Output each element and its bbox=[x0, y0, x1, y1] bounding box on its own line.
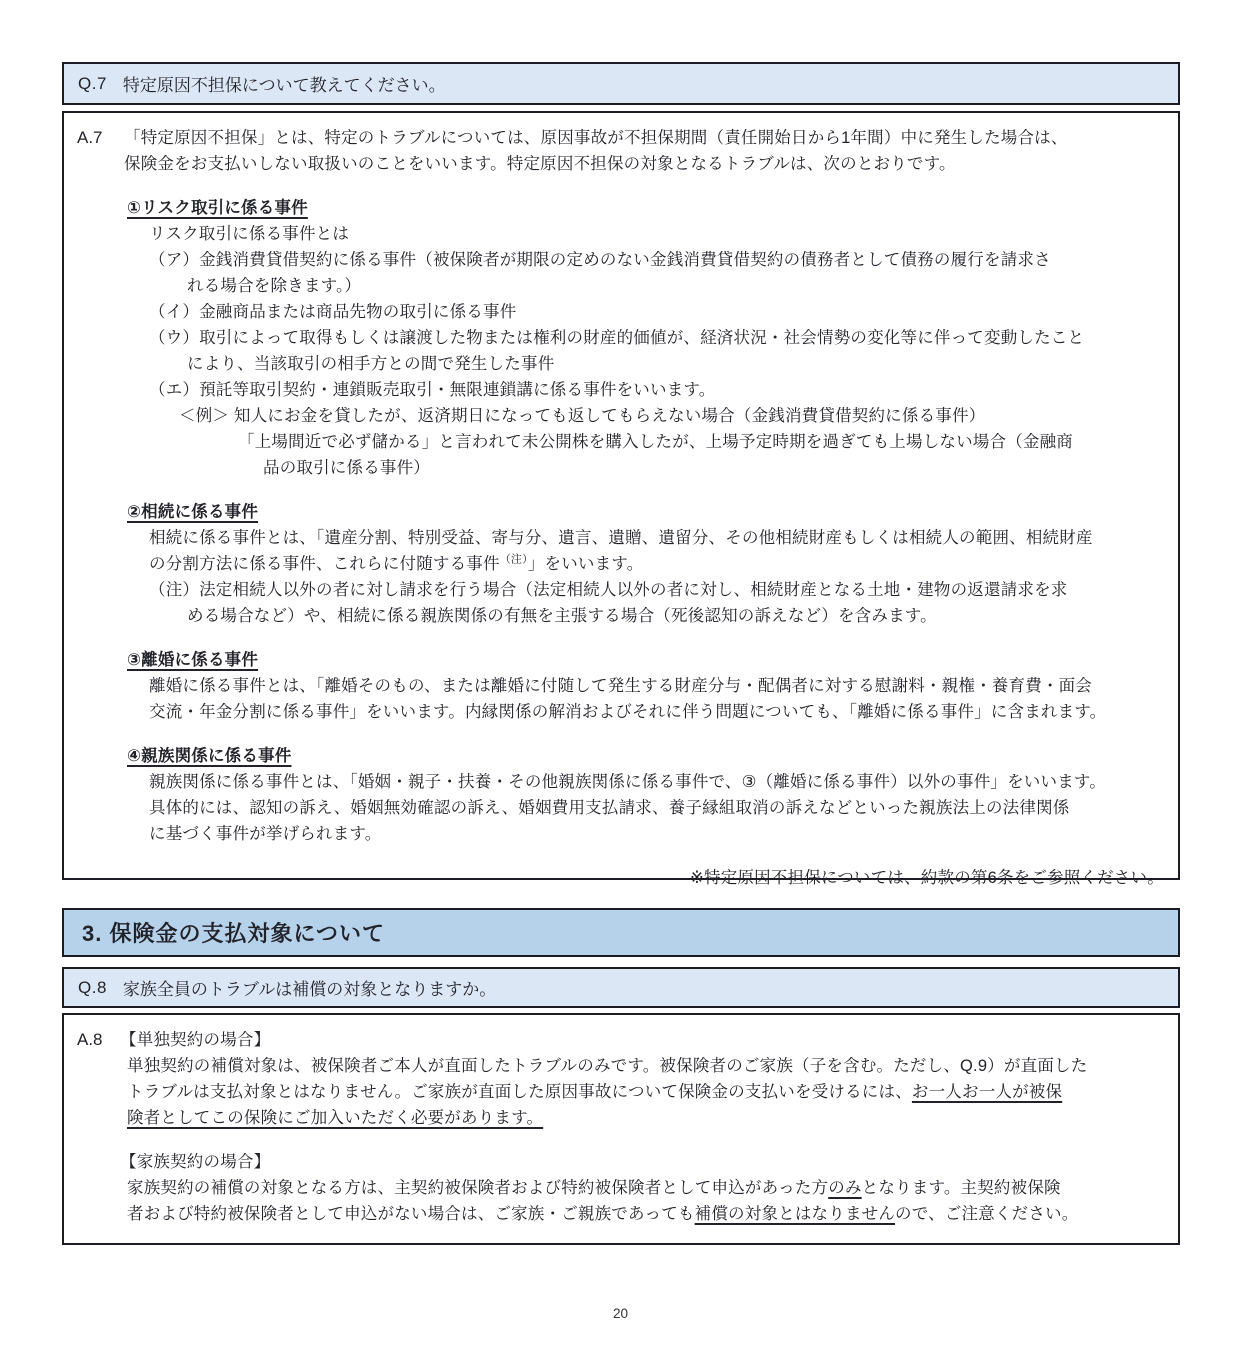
text-line: の分割方法に係る事件、これらに付随する事件（注）」をいいます。 bbox=[124, 551, 1164, 577]
example-line: 品の取引に係る事件） bbox=[124, 455, 1164, 481]
text-line: （エ）預託等取引契約・連鎖販売取引・無限連鎖講に係る事件をいいます。 bbox=[124, 377, 1164, 403]
text-line: （イ）金融商品または商品先物の取引に係る事件 bbox=[124, 299, 1164, 325]
text-line: トラブルは支払対象とはなりません。ご家族が直面した原因事故について保険金の支払い… bbox=[120, 1079, 1164, 1105]
a8-answer-box: A.8 【単独契約の場合】 単独契約の補償対象は、被保険者ご本人が直面したトラブ… bbox=[62, 1013, 1180, 1245]
example-line: 「上場間近で必ず儲かる」と言われて未公開株を購入したが、上場予定時期を過ぎても上… bbox=[124, 429, 1164, 455]
a8-content: 【単独契約の場合】 単独契約の補償対象は、被保険者ご本人が直面したトラブルのみで… bbox=[120, 1027, 1164, 1227]
text-line: （ウ）取引によって取得もしくは譲渡した物または権利の財産的価値が、経済状況・社会… bbox=[124, 325, 1164, 351]
text-line: （ア）金銭消費貸借契約に係る事件（被保険者が期限の定めのない金銭消費貸借契約の債… bbox=[124, 247, 1164, 273]
page-number: 20 bbox=[0, 1306, 1241, 1321]
text-line: 相続に係る事件とは、「遺産分割、特別受益、寄与分、遺言、遺贈、遺留分、その他相続… bbox=[124, 525, 1164, 551]
q8-question-bar: Q.8 家族全員のトラブルは補償の対象となりますか。 bbox=[62, 967, 1180, 1008]
text-line: 者および特約被保険者として申込がない場合は、ご家族・ご親族であっても補償の対象と… bbox=[120, 1201, 1164, 1227]
text-line: 「特定原因不担保」とは、特定のトラブルについては、原因事故が不担保期間（責任開始… bbox=[124, 125, 1164, 151]
example-line: ＜例＞ 知人にお金を貸したが、返済期日になっても返してもらえない場合（金銭消費貸… bbox=[124, 403, 1164, 429]
inheritance-section-heading: ②相続に係る事件 bbox=[124, 499, 1164, 525]
risk-section-heading: ①リスク取引に係る事件 bbox=[124, 195, 1164, 221]
q8-text: 家族全員のトラブルは補償の対象となりますか。 bbox=[123, 975, 496, 1000]
family-contract-heading: 【家族契約の場合】 bbox=[120, 1149, 1164, 1175]
q7-question-bar: Q.7 特定原因不担保について教えてください。 bbox=[62, 62, 1180, 105]
q7-label: Q.7 bbox=[78, 74, 107, 94]
text-line: 険者としてこの保険にご加入いただく必要があります。 bbox=[120, 1105, 1164, 1131]
text-line: れる場合を除きます。） bbox=[124, 273, 1164, 299]
a7-answer-box: A.7 「特定原因不担保」とは、特定のトラブルについては、原因事故が不担保期間（… bbox=[62, 111, 1180, 880]
text-line: 家族契約の補償の対象となる方は、主契約被保険者および特約被保険者として申込があっ… bbox=[120, 1175, 1164, 1201]
section3-header-bar: 3. 保険金の支払対象について bbox=[62, 908, 1180, 957]
note-line: める場合など）や、相続に係る親族関係の有無を主張する場合（死後認知の訴えなど）を… bbox=[124, 603, 1164, 629]
text-line: 具体的には、認知の訴え、婚姻無効確認の訴え、婚姻費用支払請求、養子縁組取消の訴え… bbox=[124, 795, 1164, 821]
a8-label: A.8 bbox=[77, 1027, 103, 1053]
single-contract-heading: 【単独契約の場合】 bbox=[120, 1027, 1164, 1053]
divorce-section-heading: ③離婚に係る事件 bbox=[124, 647, 1164, 673]
family-relation-section-heading: ④親族関係に係る事件 bbox=[124, 743, 1164, 769]
section3-title: 3. 保険金の支払対象について bbox=[82, 917, 385, 948]
q8-label: Q.8 bbox=[78, 978, 107, 998]
text-line: 単独契約の補償対象は、被保険者ご本人が直面したトラブルのみです。被保険者のご家族… bbox=[120, 1053, 1164, 1079]
a7-label: A.7 bbox=[77, 125, 103, 151]
q7-text: 特定原因不担保について教えてください。 bbox=[123, 71, 446, 96]
a7-content: 「特定原因不担保」とは、特定のトラブルについては、原因事故が不担保期間（責任開始… bbox=[124, 125, 1164, 891]
text-line: 交流・年金分割に係る事件」をいいます。内縁関係の解消およびそれに伴う問題について… bbox=[124, 699, 1164, 725]
text-line: に基づく事件が挙げられます。 bbox=[124, 821, 1164, 847]
text-line: 保険金をお支払いしない取扱いのことをいいます。特定原因不担保の対象となるトラブル… bbox=[124, 151, 1164, 177]
reference-note: ※特定原因不担保については、約款の第6条をご参照ください。 bbox=[124, 865, 1164, 891]
document-page: Q.7 特定原因不担保について教えてください。 A.7 「特定原因不担保」とは、… bbox=[0, 0, 1241, 1359]
note-line: （注）法定相続人以外の者に対し請求を行う場合（法定相続人以外の者に対し、相続財産… bbox=[124, 577, 1164, 603]
text-line: リスク取引に係る事件とは bbox=[124, 221, 1164, 247]
text-line: 離婚に係る事件とは、「離婚そのもの、または離婚に付随して発生する財産分与・配偶者… bbox=[124, 673, 1164, 699]
text-line: により、当該取引の相手方との間で発生した事件 bbox=[124, 351, 1164, 377]
text-line: 親族関係に係る事件とは、「婚姻・親子・扶養・その他親族関係に係る事件で、③（離婚… bbox=[124, 769, 1164, 795]
